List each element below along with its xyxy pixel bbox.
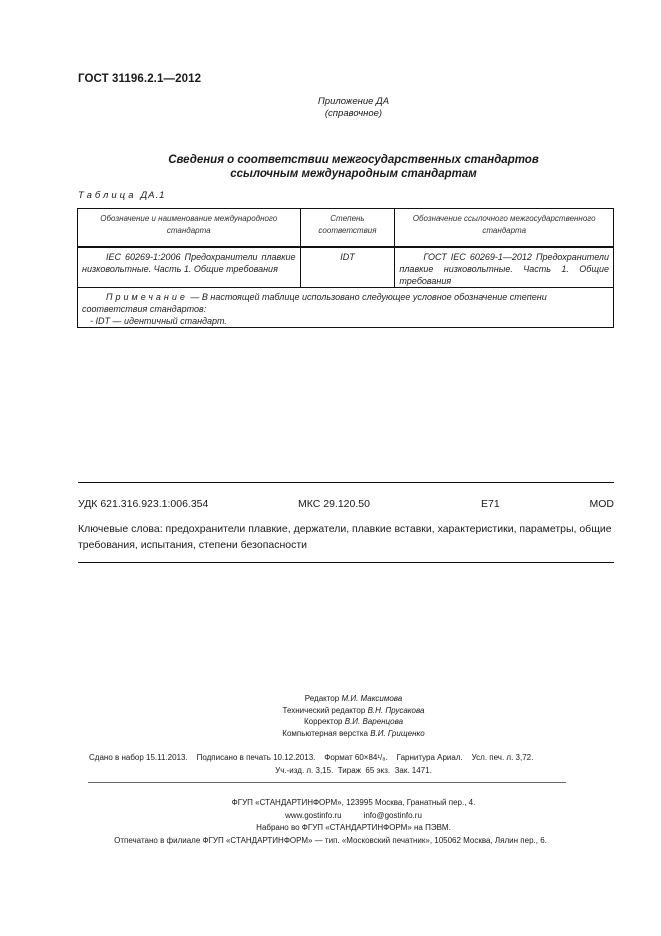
column-header-degree: Степень соответствия [300, 209, 395, 248]
cell-degree: IDT [300, 247, 395, 288]
credit-name: В.Н. Прусакова [368, 706, 425, 715]
publisher-website[interactable]: www.gostinfo.ru [285, 811, 341, 820]
credits: Редактор М.И. Максимова Технический реда… [0, 693, 661, 739]
imprint-line-2: Уч.-изд. л. 3,15. Тираж 65 экз. Зак. 147… [0, 764, 661, 777]
table-header-row: Обозначение и наименование международног… [78, 209, 614, 248]
heading-line-1: Сведения о соответствии межгосударственн… [46, 153, 661, 167]
credit-role: Корректор [304, 717, 343, 726]
credit-role: Компьютерная верстка [282, 729, 368, 738]
imprint-line-1: Сдано в набор 15.11.2013. Подписано в пе… [0, 751, 661, 764]
credit-name: М.И. Максимова [341, 694, 402, 703]
typeset-note: Набрано во ФГУП «СТАНДАРТИНФОРМ» на ПЭВМ… [46, 822, 661, 835]
keywords: Ключевые слова: предохранители плавкие, … [78, 521, 616, 553]
printed-note: Отпечатано в филиале ФГУП «СТАНДАРТИНФОР… [0, 835, 661, 848]
note-label: Примечание [106, 292, 188, 302]
table-note: Примечание — В настоящей таблице использ… [78, 288, 614, 328]
annex-title: Приложение ДА [0, 96, 661, 108]
divider-top [78, 482, 614, 483]
publisher-address: ФГУП «СТАНДАРТИНФОРМ», 123995 Москва, Гр… [46, 797, 661, 810]
category-code: Е71 [481, 498, 500, 510]
section-heading: Сведения о соответствии межгосударственн… [0, 153, 661, 181]
publisher-info: ФГУП «СТАНДАРТИНФОРМ», 123995 Москва, Гр… [0, 797, 661, 847]
credit-layout: Компьютерная верстка В.И. Грищенко [46, 728, 661, 740]
credit-role: Редактор [305, 694, 339, 703]
note-text: Примечание — В настоящей таблице использ… [82, 291, 609, 315]
publisher-contacts: www.gostinfo.ruinfo@gostinfo.ru [46, 810, 661, 823]
credit-editor: Редактор М.И. Максимова [46, 693, 661, 705]
mks-code: МКС 29.120.50 [298, 498, 370, 510]
credit-name: В.И. Варенцова [345, 717, 403, 726]
annex-status: (справочное) [0, 108, 661, 120]
publisher-email[interactable]: info@gostinfo.ru [364, 811, 422, 820]
imprint: Сдано в набор 15.11.2013. Подписано в пе… [0, 751, 661, 777]
column-header-international: Обозначение и наименование международног… [78, 209, 301, 248]
document-code: ГОСТ 31196.2.1—2012 [78, 73, 201, 85]
credit-name: В.И. Грищенко [370, 729, 425, 738]
table-note-row: Примечание — В настоящей таблице использ… [78, 288, 614, 328]
table-caption-number: ДА.1 [140, 190, 165, 201]
table-row: IEC 60269-1:2006 Предохранители плавкие … [78, 247, 614, 288]
credit-role: Технический редактор [283, 706, 366, 715]
table-caption: ТаблицаДА.1 [78, 190, 165, 201]
table-caption-word: Таблица [78, 190, 136, 201]
correspondence-table: Обозначение и наименование международног… [77, 208, 614, 328]
heading-line-2: ссылочным международным стандартам [46, 167, 661, 181]
correspondence-type: MOD [590, 498, 615, 510]
divider-bottom [78, 562, 614, 563]
imprint-separator [88, 782, 566, 783]
cell-interstate-standard: ГОСТ IEC 60269-1—2012 Предохранители пла… [395, 247, 614, 288]
credit-tech-editor: Технический редактор В.Н. Прусакова [46, 705, 661, 717]
cell-international-standard: IEC 60269-1:2006 Предохранители плавкие … [78, 247, 301, 288]
column-header-interstate: Обозначение ссылочного межгосударственно… [395, 209, 614, 248]
udk-code: УДК 621.316.923.1:006.354 [78, 498, 208, 510]
note-item: - IDT — идентичный стандарт. [82, 315, 609, 327]
credit-proofreader: Корректор В.И. Варенцова [46, 716, 661, 728]
